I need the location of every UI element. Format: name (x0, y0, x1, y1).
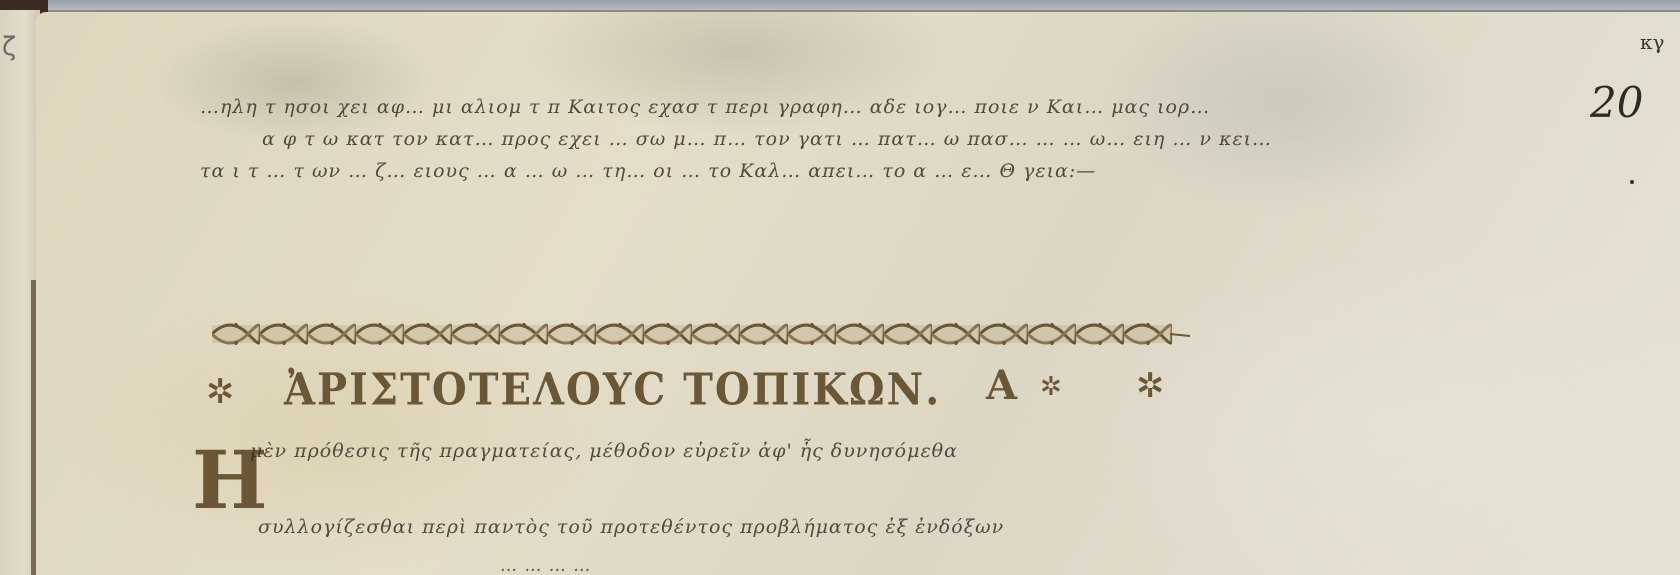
book-number: Α (986, 362, 1017, 409)
scholion-line-2: α φ τ ω κατ τον κατ… προς εχει … σω μ… π… (262, 128, 1272, 150)
folio-number: 20 (1590, 78, 1643, 127)
scan-background-strip (0, 0, 1680, 10)
text-line-1: μὲν πρόθεσις τῆς πραγματείας, μέθοδον εὑ… (250, 440, 958, 462)
ink-dot (1630, 180, 1634, 184)
star-ornament-left: ✲ (206, 372, 235, 412)
interlace-ornament-band (212, 322, 1190, 346)
scholion-line-1: …ηλη τ ησοι χει αφ… μι αλιομ τ π Καιτος … (200, 96, 1210, 118)
quire-signature: κγ (1640, 30, 1664, 54)
star-ornament-mid: ✲ (1040, 372, 1062, 402)
previous-leaf-mark: ζ (2, 32, 16, 62)
scholion-line-3: τα ι τ … τ ων … ζ… ειους … α … ω … τη… ο… (200, 160, 1096, 182)
text-line-3-partial: … … … … (500, 556, 591, 575)
star-ornament-right: ✲ (1136, 366, 1165, 406)
text-line-2: συλλογίζεσθαι περὶ παντὸς τοῦ προτεθέντο… (258, 516, 1004, 538)
work-title: ἈΡΙΣΤΟΤΕΛΟΥϹ ΤΟΠΙΚΩΝ. (284, 364, 941, 416)
